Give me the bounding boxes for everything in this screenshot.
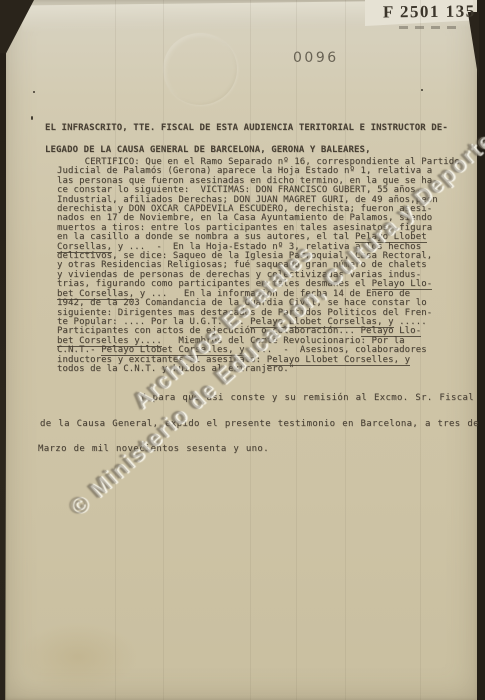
folio-number-stamp: F 2501 135: [383, 2, 476, 23]
closing-line: de la Causa General, expido el presente …: [40, 412, 479, 438]
ink-speck: [421, 89, 423, 91]
embossed-seal: [163, 33, 237, 105]
closing-line: Marzo de mil novecientos sesenta y uno.: [38, 437, 479, 463]
page-number-stamp: 0096: [293, 50, 339, 66]
certificate-body: CERTIFICO: Que en el Ramo Separado nº 16…: [57, 158, 460, 374]
certificate-header: EL INFRASCRITO, TTE. FISCAL DE ESTA AUDI…: [45, 117, 448, 161]
ink-speck: [33, 91, 35, 93]
scan-edge-left: [0, 0, 6, 700]
text-segment: .... - Asesinos, colaboradores: [245, 345, 427, 355]
typewritten-line: todos de la C.N.T. y huidos al extranjer…: [57, 365, 460, 374]
scanned-document-page: F 2501 135 0096 EL INFRASCRITO, TTE. FIS…: [0, 0, 485, 700]
ghost-stamp-marks: [399, 26, 461, 29]
ink-speck: [31, 116, 33, 120]
closing-line: Y para que asi conste y su remisión al E…: [140, 386, 479, 412]
certificate-closing: Y para que asi conste y su remisión al E…: [40, 386, 479, 463]
scan-edge-right: [477, 0, 485, 700]
header-line: EL INFRASCRITO, TTE. FISCAL DE ESTA AUDI…: [45, 117, 448, 139]
text-segment: todos de la C.N.T. y huidos al extranjer…: [57, 364, 294, 374]
paper-stain: [18, 622, 138, 692]
